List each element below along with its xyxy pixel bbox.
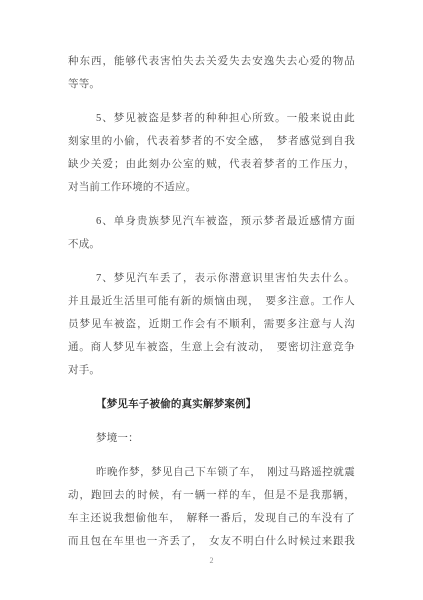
document-text-block: 种东西，能够代表害怕失去关爱失去安逸失去心爱的物品 等等。 5、梦见被盗是梦者的… [68, 50, 355, 553]
body-text-line: 刻家里的小偷，代表着梦者的不安全感， 梦者感觉到自我 [68, 130, 355, 153]
body-text-line: 6、单身贵族梦见汽车被盗，预示梦者最近感情方面 [68, 210, 355, 233]
body-text-line: 梦境一： [68, 427, 355, 450]
body-text-line: 并且最近生活里可能有新的烦恼由现， 要多注意。工作人 [68, 290, 355, 313]
body-text-line: 员梦见车被盗，近期工作会有不顺利，需要多注意与人沟 [68, 313, 355, 336]
body-text-line: 而且包在车里也一齐丢了， 女友不明白什么时候过来跟我 [68, 530, 355, 553]
body-text-line: 不成。 [68, 233, 355, 256]
body-text-line: 通。商人梦见车被盗，生意上会有波动， 要密切注意竞争 [68, 336, 355, 359]
body-text-line: 缺少关爱；由此刻办公室的贼，代表着梦者的工作压力， [68, 153, 355, 176]
body-text-line: 7、梦见汽车丢了，表示你潜意识里害怕失去什么。 [68, 267, 355, 290]
body-text-line: 动，跑回去的时候，有一辆一样的车，但是不是我那辆， [68, 484, 355, 507]
body-text-line: 车主还说我想偷他车， 解释一番后，发现自己的车没有了 [68, 507, 355, 530]
body-text-line: 种东西，能够代表害怕失去关爱失去安逸失去心爱的物品 [68, 50, 355, 73]
document-page: 种东西，能够代表害怕失去关爱失去安逸失去心爱的物品 等等。 5、梦见被盗是梦者的… [0, 0, 423, 600]
page-number: 2 [0, 555, 423, 567]
section-heading: 【梦见车子被偷的真实解梦案例】 [68, 393, 355, 416]
body-text-line: 昨晚作梦，梦见自己下车锁了车， 刚过马路遥控就震 [68, 461, 355, 484]
body-text-line: 对手。 [68, 359, 355, 382]
body-text-line: 5、梦见被盗是梦者的种种担心所致。一般来说由此 [68, 107, 355, 130]
body-text-line: 对当前工作环境的不适应。 [68, 176, 355, 199]
body-text-line: 等等。 [68, 73, 355, 96]
